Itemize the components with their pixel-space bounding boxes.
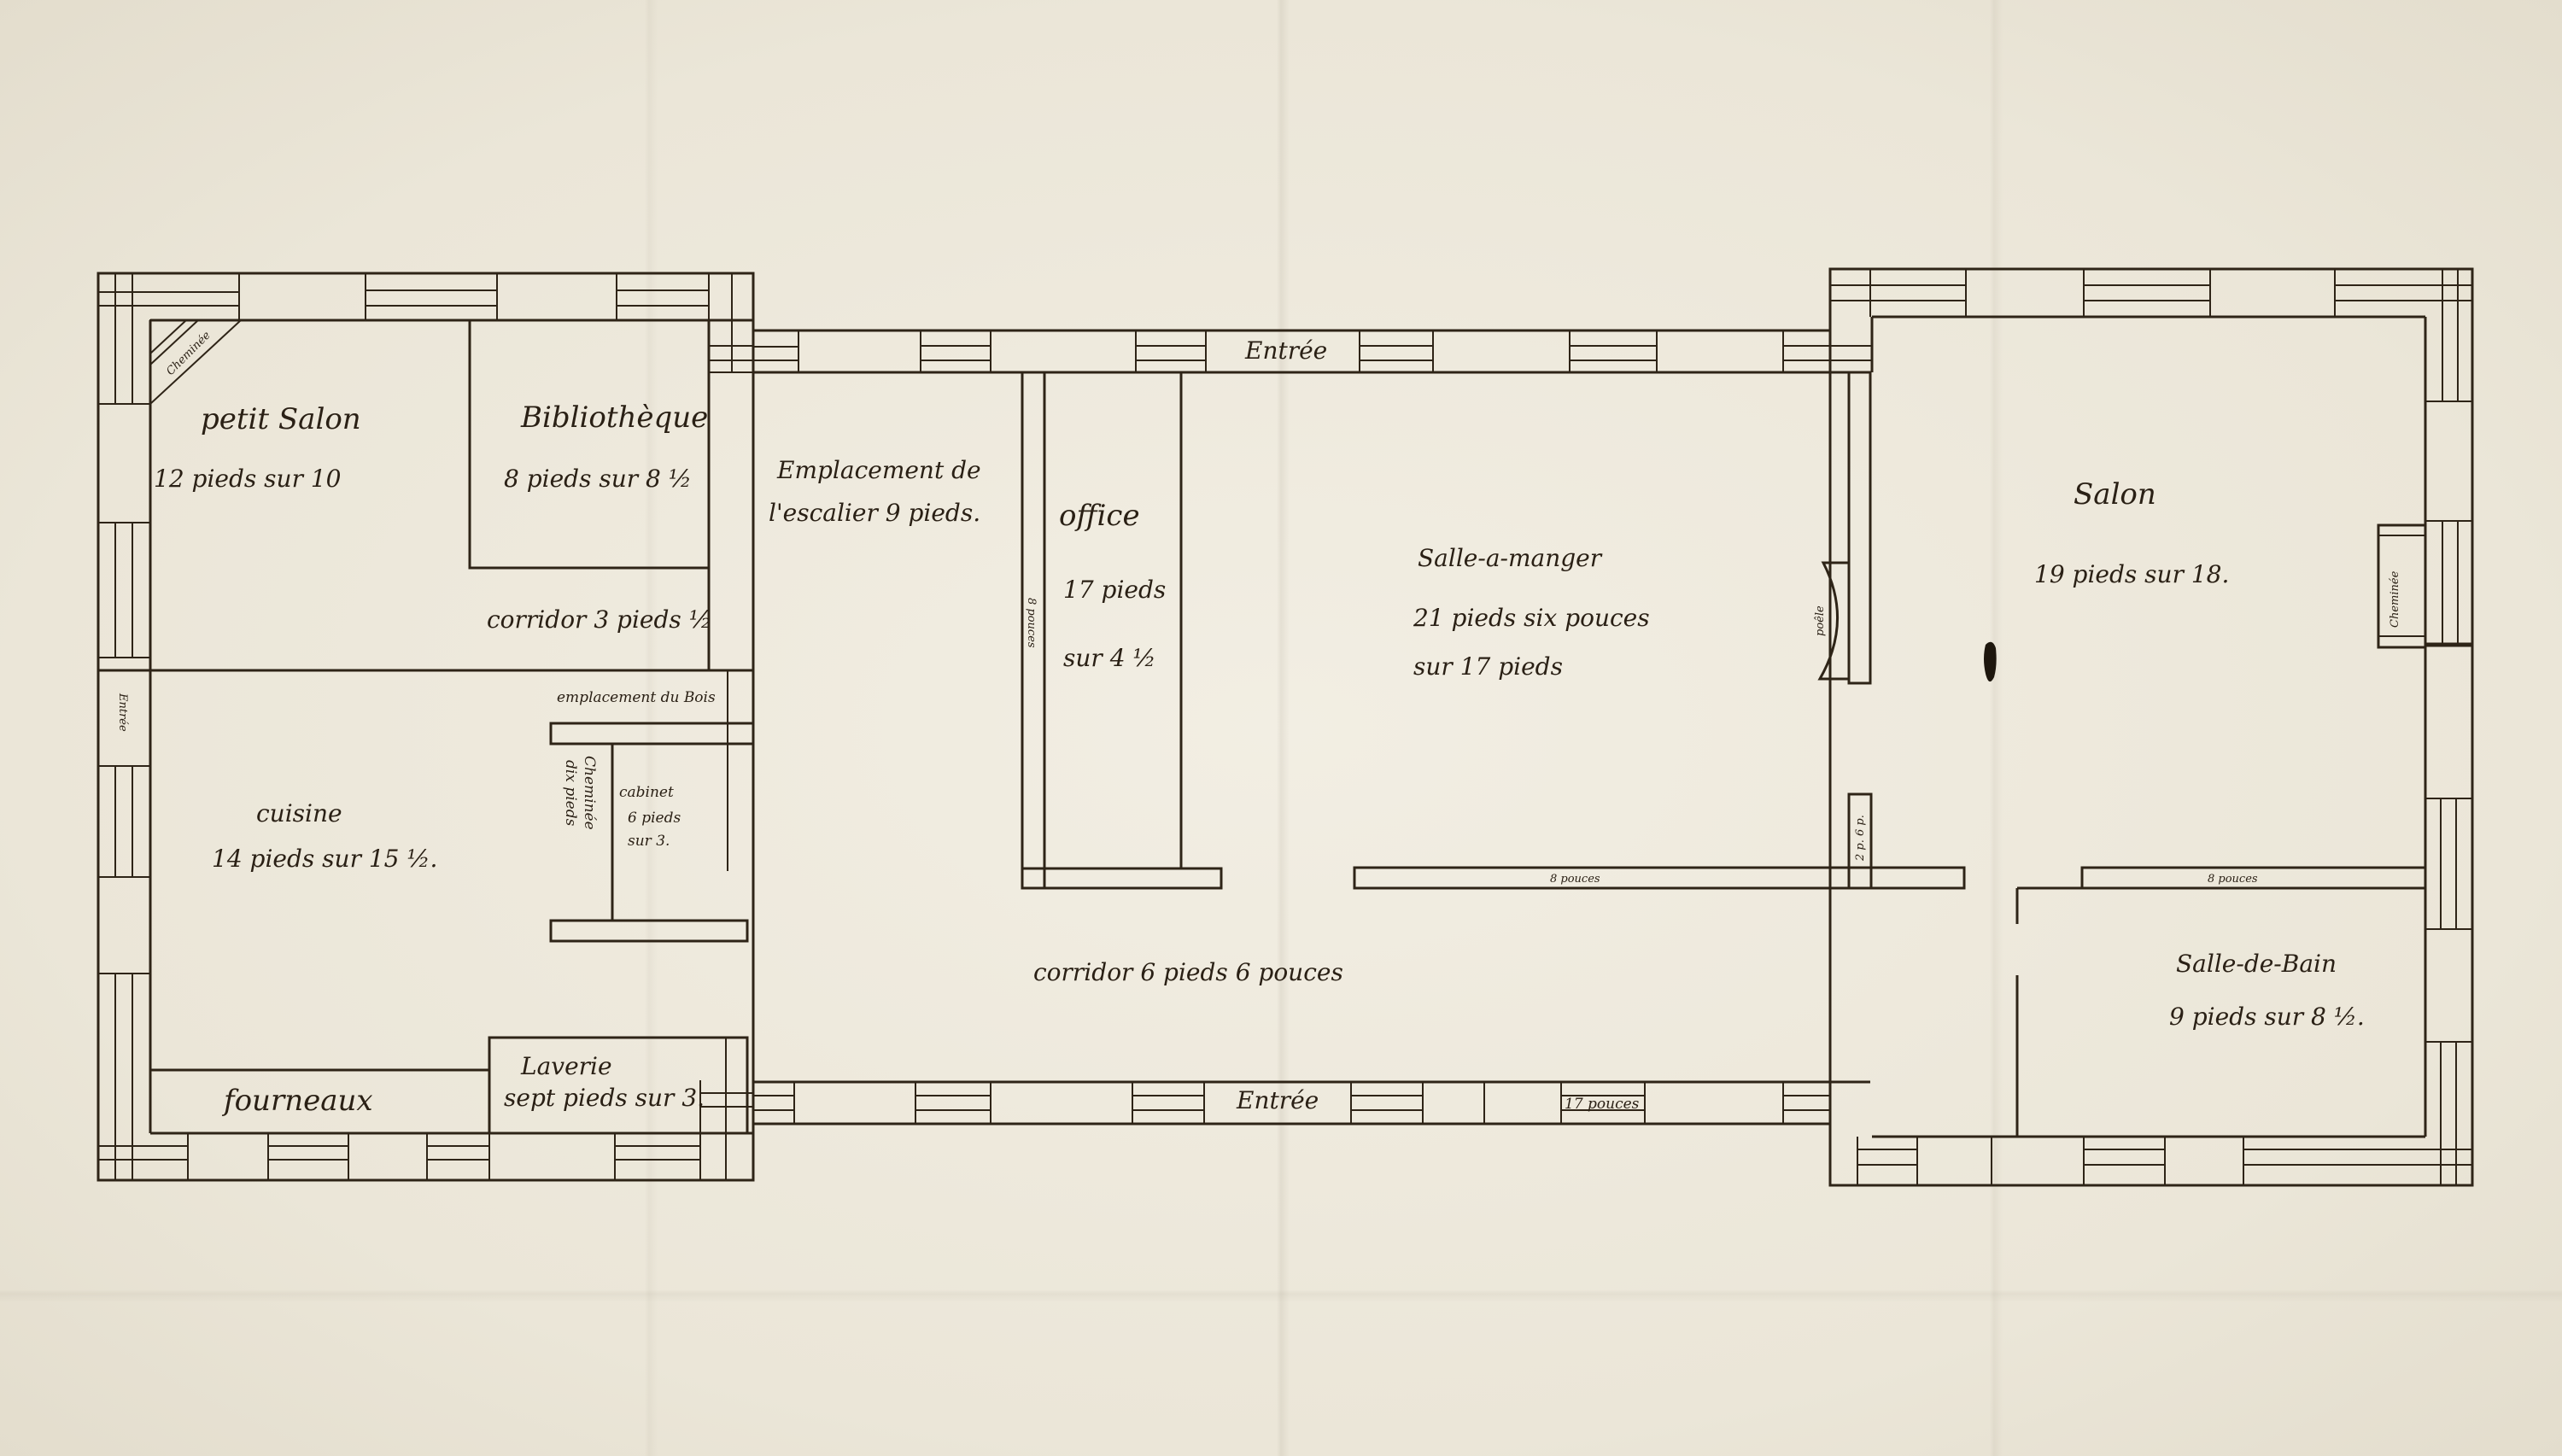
label-petit-salon-dims: 12 pieds sur 10 bbox=[154, 465, 342, 493]
label-cuisine-dims: 14 pieds sur 15 ½. bbox=[212, 845, 437, 873]
label-petit-salon: petit Salon bbox=[201, 402, 361, 436]
room-labels: petit Salon 12 pieds sur 10 Cheminée Bib… bbox=[116, 329, 2401, 1118]
label-partition-8-pouces-a: 8 pouces bbox=[1550, 873, 1600, 886]
label-cabinet-dims1: 6 pieds bbox=[628, 810, 681, 827]
label-cabinet-dims2: sur 3. bbox=[628, 833, 670, 850]
label-door-2p6: 2 p. 6 p. bbox=[1854, 815, 1867, 862]
bibliotheque-walls bbox=[470, 320, 709, 568]
label-bibliotheque: Bibliothèque bbox=[520, 401, 708, 435]
label-salon: Salon bbox=[2074, 477, 2156, 512]
label-office: office bbox=[1059, 499, 1140, 533]
salle-a-manger-partition bbox=[1354, 868, 1964, 888]
floor-plan: petit Salon 12 pieds sur 10 Cheminée Bib… bbox=[0, 0, 2562, 1456]
label-entree-bottom: Entrée bbox=[1236, 1086, 1319, 1114]
label-corridor-small: corridor 3 pieds ½ bbox=[487, 605, 712, 634]
label-emplacement-bois: emplacement du Bois bbox=[557, 689, 716, 706]
label-partition-8-pouces-b: 8 pouces bbox=[2208, 873, 2258, 886]
label-laverie: Laverie bbox=[520, 1052, 612, 1080]
label-office-wall-8-pouces: 8 pouces bbox=[1025, 598, 1038, 648]
label-escalier-line1: Emplacement de bbox=[776, 456, 981, 484]
right-wing-walls bbox=[1830, 269, 2472, 1185]
label-salle-de-bain-dims: 9 pieds sur 8 ½. bbox=[2169, 1003, 2365, 1031]
label-office-dims2: sur 4 ½ bbox=[1063, 644, 1156, 672]
salle-a-manger-right-wall bbox=[1820, 372, 1871, 888]
label-cabinet: cabinet bbox=[619, 784, 674, 801]
label-corridor-main: corridor 6 pieds 6 pouces bbox=[1033, 958, 1343, 986]
central-block-walls bbox=[753, 330, 1964, 1124]
label-poele: poêle bbox=[1814, 605, 1827, 636]
label-escalier-line2: l'escalier 9 pieds. bbox=[769, 499, 980, 527]
label-entree-left: Entrée bbox=[116, 693, 129, 732]
label-office-dims1: 17 pieds bbox=[1063, 576, 1166, 604]
label-salon-dims: 19 pieds sur 18. bbox=[2034, 560, 2229, 588]
label-wall-17-pouces: 17 pouces bbox=[1565, 1096, 1640, 1113]
label-cheminee-kitchen-line1: Cheminée bbox=[581, 756, 598, 830]
office-walls bbox=[1022, 372, 1221, 888]
label-cheminee-salon: Cheminée bbox=[2389, 570, 2401, 628]
cheminee-salon-shape bbox=[2378, 525, 2425, 647]
label-salle-a-manger-dims2: sur 17 pieds bbox=[1413, 652, 1563, 681]
label-cuisine: cuisine bbox=[256, 799, 342, 827]
cheminee-petit-salon-shape bbox=[150, 320, 241, 404]
label-salle-de-bain: Salle-de-Bain bbox=[2176, 950, 2337, 978]
label-salle-a-manger-dims1: 21 pieds six pouces bbox=[1413, 604, 1650, 632]
label-salle-a-manger: Salle-a-manger bbox=[1418, 544, 1603, 572]
label-bibliotheque-dims: 8 pieds sur 8 ½ bbox=[504, 465, 692, 493]
label-entree-top: Entrée bbox=[1244, 336, 1327, 365]
ink-blot bbox=[1984, 642, 1997, 681]
label-laverie-dims: sept pieds sur 3. bbox=[504, 1084, 705, 1112]
label-cheminee-kitchen-line2: dix pieds bbox=[562, 760, 579, 827]
label-fourneaux: fourneaux bbox=[221, 1084, 373, 1118]
